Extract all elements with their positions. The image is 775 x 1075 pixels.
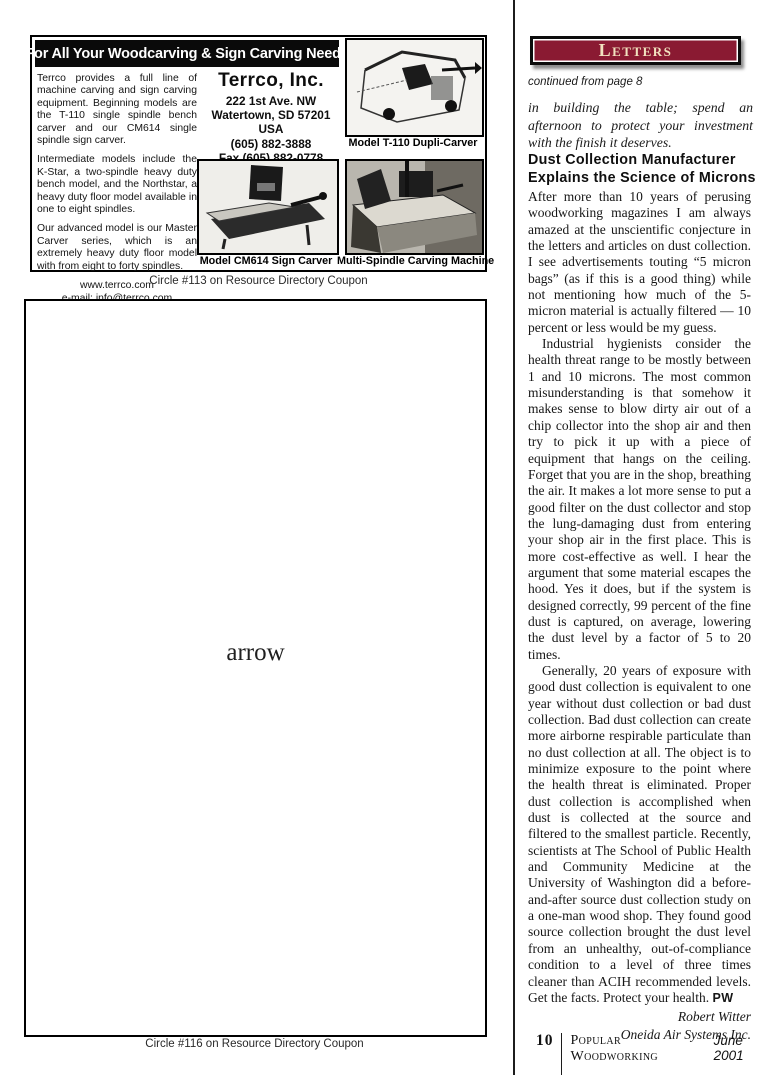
page-number: 10 bbox=[536, 1032, 554, 1050]
coupon-113-caption: Circle #113 on Resource Directory Coupon bbox=[30, 275, 487, 287]
machine-photo-sketch bbox=[347, 161, 482, 253]
footer-divider-rule bbox=[561, 1033, 563, 1075]
terrco-ad: For All Your Woodcarving & Sign Carving … bbox=[30, 35, 487, 272]
letter-paragraph-text: Generally, 20 years of exposure with goo… bbox=[528, 663, 751, 1005]
coupon-116-caption: Circle #116 on Resource Directory Coupon bbox=[24, 1038, 485, 1050]
ad-placeholder-box: arrow bbox=[24, 299, 487, 1037]
cm614-sign-carver-photo bbox=[197, 159, 339, 255]
t110-photo-caption: Model T-110 Dupli-Carver bbox=[337, 137, 489, 149]
ad-phone-line: (605) 882-3888 bbox=[202, 137, 340, 151]
machine-photo-sketch bbox=[199, 161, 337, 253]
letter-title: Dust Collection Manufacturer Explains th… bbox=[528, 152, 756, 187]
letter-paragraph: Industrial hygienists consider the healt… bbox=[528, 336, 751, 663]
ad-company-name: Terrco, Inc. bbox=[202, 70, 340, 92]
multi-spindle-machine-photo bbox=[345, 159, 484, 255]
letter-paragraph: After more than 10 years of perusing woo… bbox=[528, 189, 751, 336]
ad-paragraph: Terrco provides a full line of machine c… bbox=[37, 73, 197, 147]
letter-title-line-2: Explains the Science of Microns bbox=[528, 170, 756, 188]
letter-paragraph: Generally, 20 years of exposure with goo… bbox=[528, 663, 751, 1006]
multi-spindle-photo-caption: Multi-Spindle Carving Machine bbox=[337, 255, 489, 267]
ad-headline-banner: For All Your Woodcarving & Sign Carving … bbox=[35, 40, 339, 67]
ad-paragraph: Our advanced model is our Master Carver … bbox=[37, 223, 197, 273]
t110-dupli-carver-photo bbox=[345, 38, 484, 137]
broken-image-alt-text: arrow bbox=[26, 639, 485, 667]
ad-address-line: Watertown, SD 57201 bbox=[202, 108, 340, 122]
letters-section-title: Letters bbox=[599, 40, 673, 61]
signature-name: Robert Witter bbox=[528, 1008, 751, 1026]
page-footer: 10 Popular Woodworking June 2001 bbox=[536, 1032, 775, 1075]
ad-address-line: 222 1st Ave. NW bbox=[202, 94, 340, 108]
column-divider-rule bbox=[513, 0, 515, 1075]
letters-section-banner: Letters bbox=[530, 36, 741, 65]
ad-paragraph: Intermediate models include the K-Star, … bbox=[37, 154, 197, 216]
magazine-name: Popular Woodworking bbox=[570, 1033, 708, 1065]
continued-from-note: continued from page 8 bbox=[528, 76, 642, 88]
ad-address-line: USA bbox=[202, 122, 340, 136]
magazine-page: For All Your Woodcarving & Sign Carving … bbox=[0, 0, 775, 1075]
ad-body-text: Terrco provides a full line of machine c… bbox=[37, 73, 197, 305]
cm614-photo-caption: Model CM614 Sign Carver bbox=[190, 255, 342, 267]
issue-date: June 2001 bbox=[714, 1033, 775, 1063]
machine-line-drawing bbox=[347, 40, 482, 135]
letter-closing-paragraph: in building the table; spend an afternoo… bbox=[528, 99, 753, 152]
end-of-article-mark: PW bbox=[712, 991, 733, 1005]
letter-title-line-1: Dust Collection Manufacturer bbox=[528, 152, 756, 170]
arrow-glyph bbox=[475, 62, 482, 74]
letter-body: After more than 10 years of perusing woo… bbox=[528, 189, 751, 1043]
ad-contact-block: Terrco, Inc. 222 1st Ave. NW Watertown, … bbox=[202, 70, 340, 165]
